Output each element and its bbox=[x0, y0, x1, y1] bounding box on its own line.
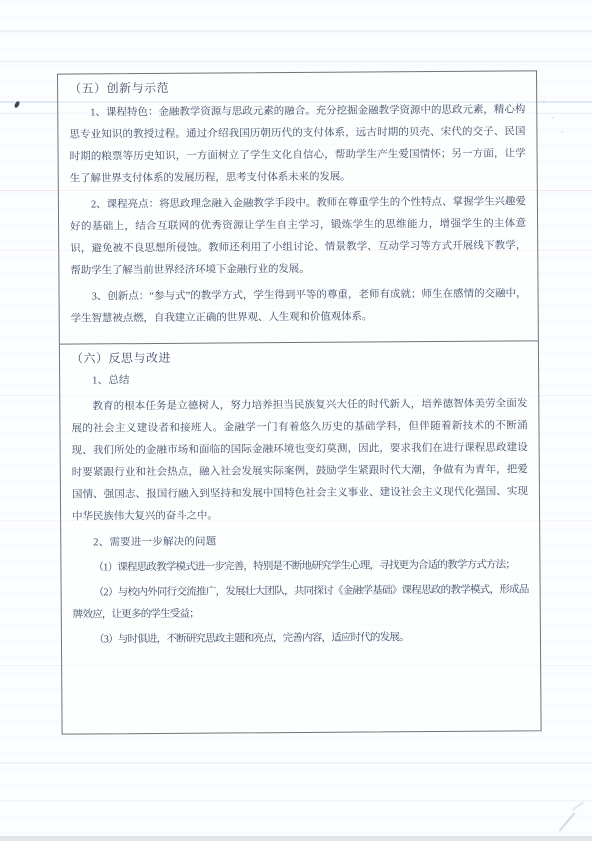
dust-speck bbox=[552, 117, 554, 119]
paragraph-course-features: 1、课程特色：金融教学资源与思政元素的融合。充分挖掘金融教学资源中的思政元素，精… bbox=[69, 99, 526, 190]
dust-speck bbox=[561, 131, 563, 133]
scan-streak bbox=[0, 61, 592, 62]
issue-item: （1）课程思政教学模式进一步完善，特别是不断地研究学生心理，寻找更为合适的教学方… bbox=[72, 554, 528, 579]
subheading-issues: 2、需要进一步解决的问题 bbox=[72, 529, 528, 554]
issue-item: （3）与时俱进，不断研究思政主题和亮点，完善内容，适应时代的发展。 bbox=[73, 626, 529, 651]
form-table: （五）创新与示范 1、课程特色：金融教学资源与思政元素的融合。充分挖掘金融教学资… bbox=[57, 70, 542, 734]
dust-speck bbox=[543, 100, 545, 102]
scratch-mark bbox=[572, 801, 584, 810]
scanner-edge bbox=[0, 836, 592, 841]
issue-item: （2）与校内外同行交流推广，发展壮大团队，共同探讨《金融学基础》课程思政的教学模… bbox=[73, 579, 529, 626]
section-heading: （六）反思与改进 bbox=[71, 345, 527, 368]
section-reflection-improvement: （六）反思与改进 1、总结 教育的根本任务是立德树人，努力培养担当民族复兴大任的… bbox=[60, 341, 541, 733]
scanned-page: （五）创新与示范 1、课程特色：金融教学资源与思政元素的融合。充分挖掘金融教学资… bbox=[0, 0, 592, 841]
ink-speck bbox=[14, 100, 21, 108]
paragraph-summary: 教育的根本任务是立德树人，努力培养担当民族复兴大任的时代新人，培养德智体美劳全面… bbox=[71, 393, 528, 528]
scratch-mark bbox=[559, 812, 576, 832]
section-innovation-demonstration: （五）创新与示范 1、课程特色：金融教学资源与思政元素的融合。充分挖掘金融教学资… bbox=[58, 71, 538, 344]
scan-streak bbox=[0, 30, 592, 32]
scan-streak bbox=[0, 800, 592, 801]
paragraph-course-highlights: 2、课程亮点：将思政理念融入金融教学手段中。教师在尊重学生的个性特点、掌握学生兴… bbox=[70, 191, 527, 282]
section-heading: （五）创新与示范 bbox=[69, 75, 525, 98]
subheading-summary: 1、总结 bbox=[71, 367, 527, 392]
paragraph-innovation-points: 3、创新点：“参与式”的教学方式，学生得到平等的尊重，老师有成就；师生在感情的交… bbox=[70, 283, 526, 330]
scan-streak bbox=[0, 762, 592, 764]
